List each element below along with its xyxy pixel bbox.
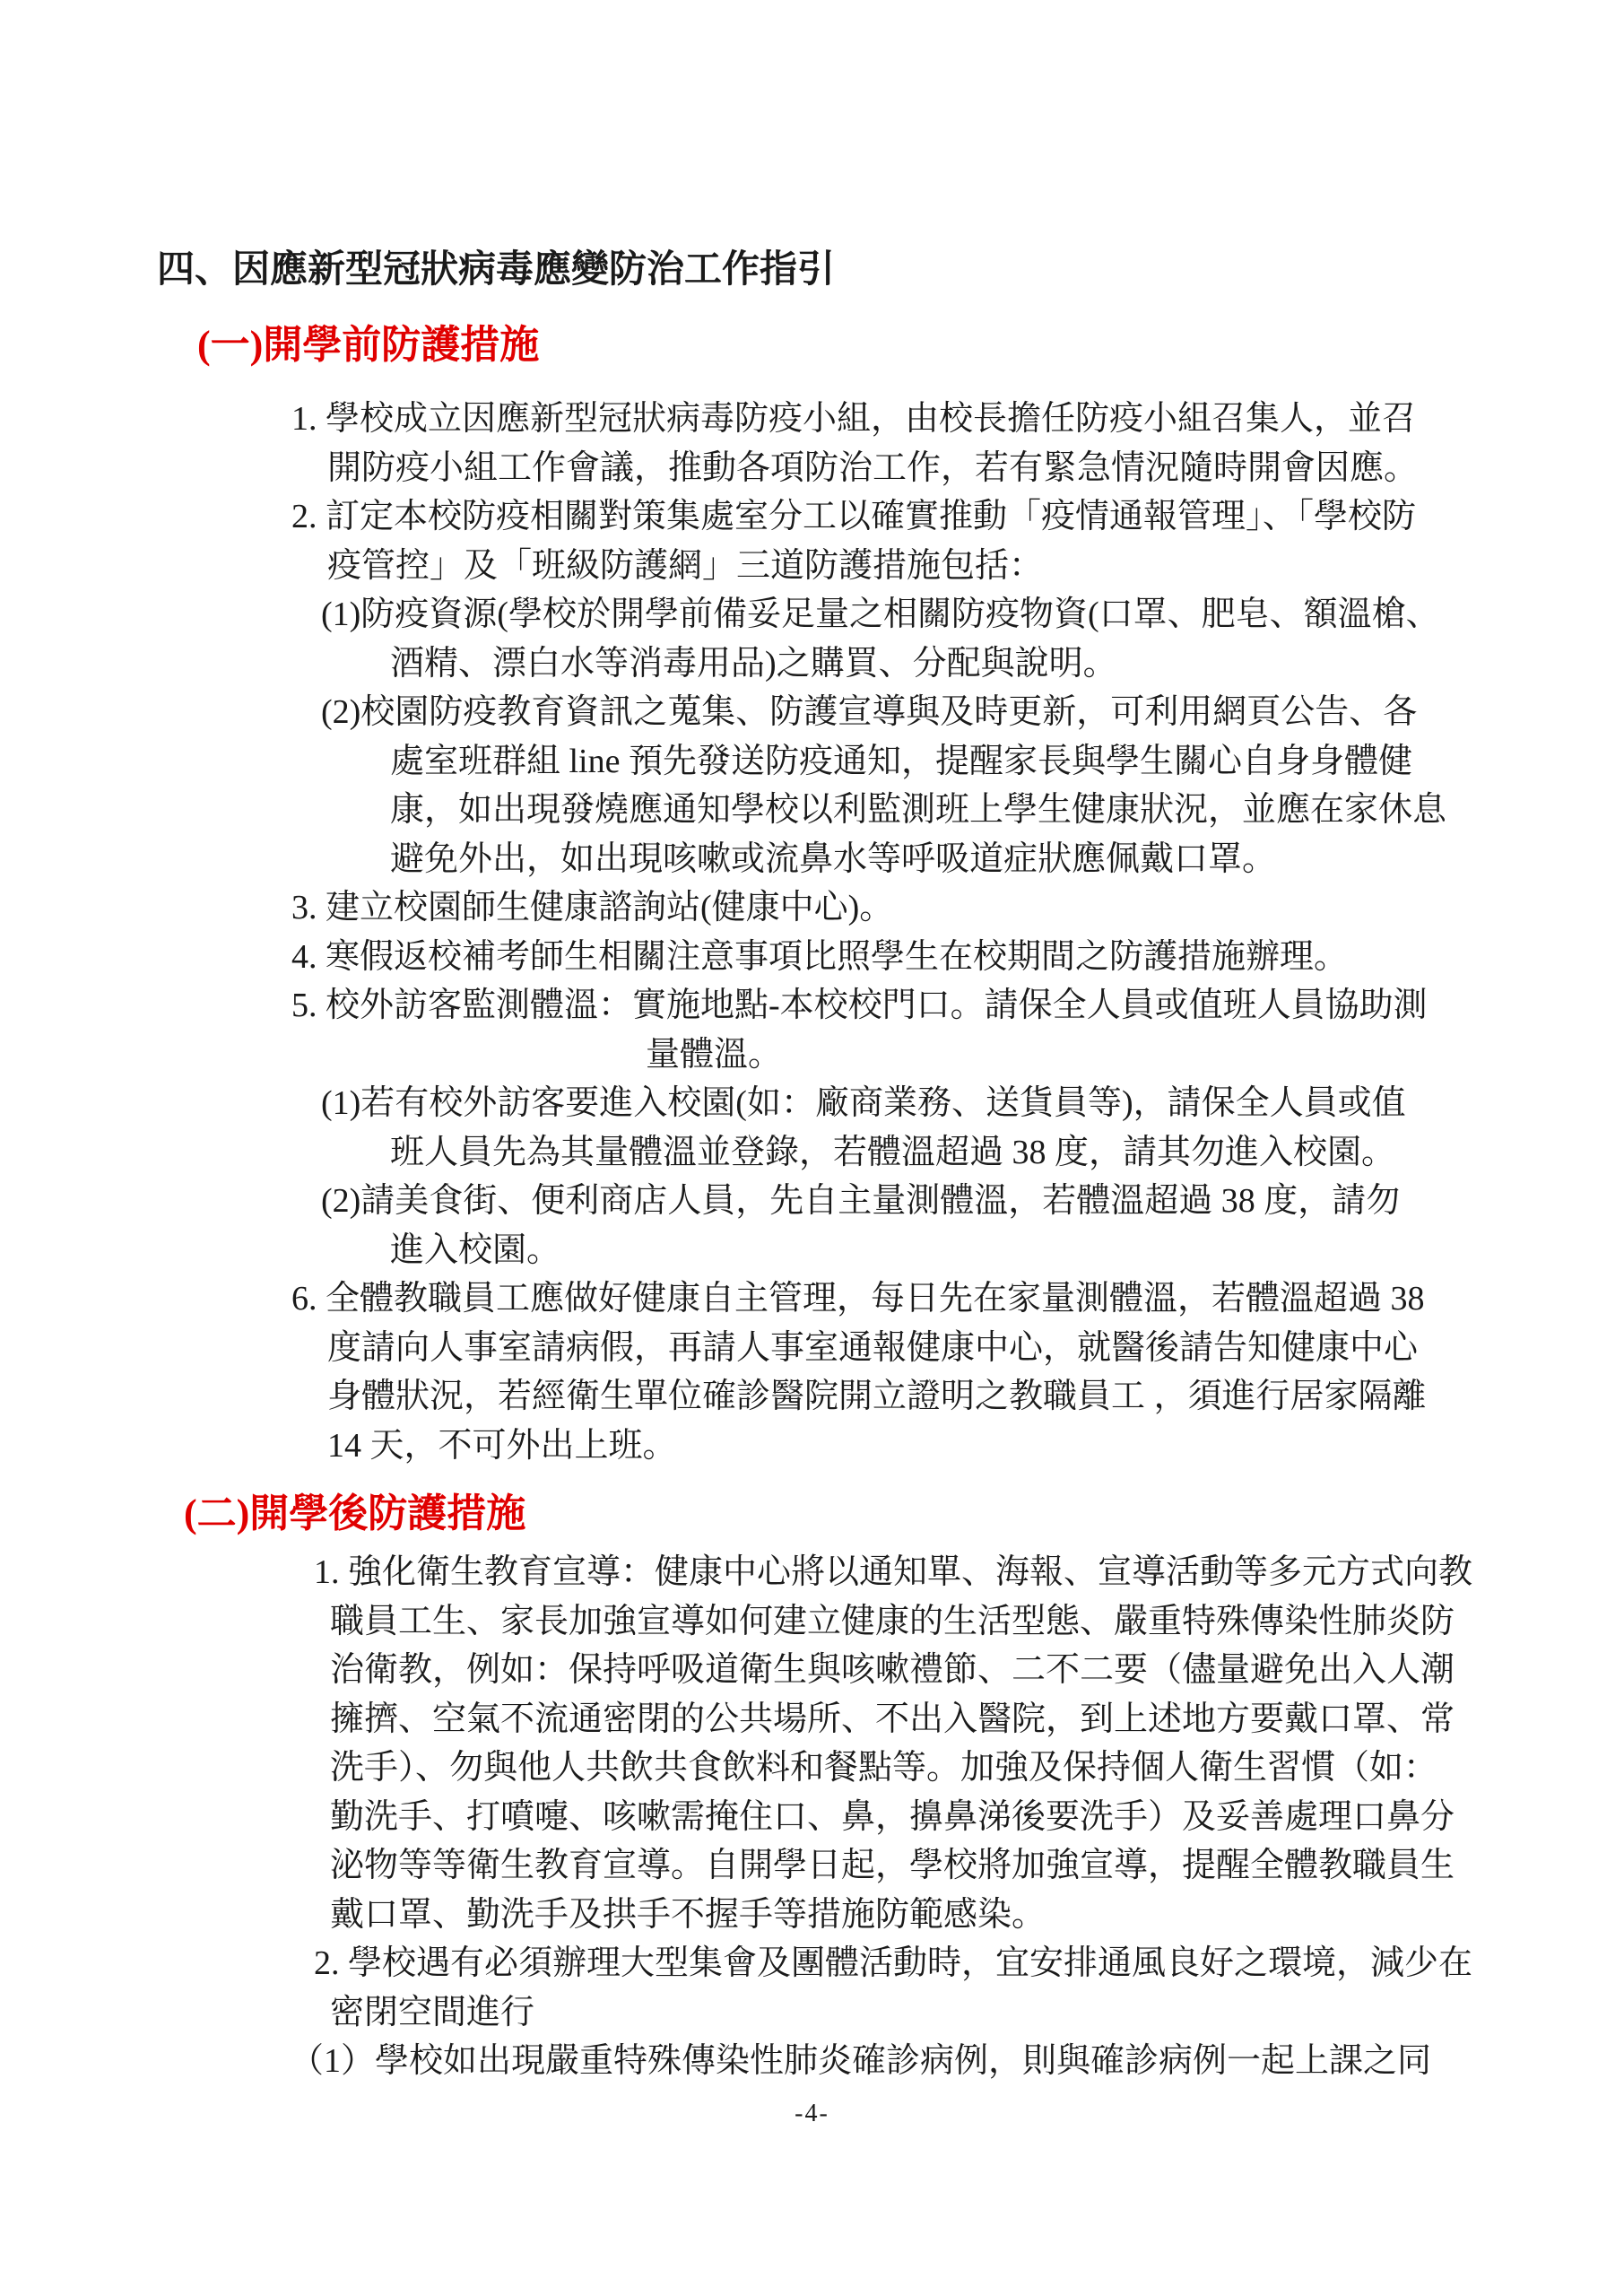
body-line: 避免外出，如出現咳嗽或流鼻水等呼吸道症狀應佩戴口罩。 [390, 835, 1624, 884]
body-line: 疫管控」及「班級防護網」三道防護措施包括： [327, 542, 1624, 591]
body-line: (1)若有校外訪客要進入校園(如：廠商業務、送貨員等)，請保全人員或值 [321, 1079, 1624, 1128]
body-line: 2. 學校遇有必須辦理大型集會及團體活動時，宜安排通風良好之環境，減少在 [314, 1939, 1624, 1988]
section-heading: (二)開學後防護措施 [184, 1489, 1624, 1538]
body-line: 5. 校外訪客監測體溫：實施地點-本校校門口。請保全人員或值班人員協助測 [291, 981, 1624, 1031]
document-page: 四、因應新型冠狀病毒應變防治工作指引(一)開學前防護措施1. 學校成立因應新型冠… [0, 0, 1624, 2296]
body-line: 泌物等等衛生教育宣導。自開學日起，學校將加強宣導，提醒全體教職員生 [330, 1841, 1624, 1891]
doc-title: 四、因應新型冠狀病毒應變防治工作指引 [157, 246, 1624, 295]
body-line: 1. 學校成立因應新型冠狀病毒防疫小組，由校長擔任防疫小組召集人，並召 [291, 395, 1624, 444]
body-line: 開防疫小組工作會議，推動各項防治工作，若有緊急情況隨時開會因應。 [327, 444, 1624, 493]
body-line: 量體溫。 [646, 1031, 1624, 1080]
body-line: 勤洗手、打噴嚏、咳嗽需掩住口、鼻，擤鼻涕後要洗手）及妥善處理口鼻分 [330, 1793, 1624, 1842]
body-line: 1. 強化衛生教育宣導：健康中心將以通知單、海報、宣導活動等多元方式向教 [314, 1548, 1624, 1597]
body-line: 4. 寒假返校補考師生相關注意事項比照學生在校期間之防護措施辦理。 [291, 933, 1624, 982]
body-line: 治衛教，例如：保持呼吸道衛生與咳嗽禮節、二不二要（儘量避免出入人潮 [330, 1646, 1624, 1695]
body-line: 度請向人事室請病假，再請人事室通報健康中心，就醫後請告知健康中心 [327, 1324, 1624, 1373]
body-line: 擁擠、空氣不流通密閉的公共場所、不出入醫院，到上述地方要戴口罩、常 [330, 1695, 1624, 1744]
body-line: 6. 全體教職員工應做好健康自主管理，每日先在家量測體溫，若體溫超過 38 [291, 1274, 1624, 1324]
body-line: 班人員先為其量體溫並登錄，若體溫超過 38 度，請其勿進入校園。 [390, 1128, 1624, 1178]
body-line: 職員工生、家長加強宣導如何建立健康的生活型態、嚴重特殊傳染性肺炎防 [330, 1597, 1624, 1647]
body-line: 洗手）、勿與他人共飲共食飲料和餐點等。加強及保持個人衛生習慣（如： [330, 1744, 1624, 1793]
body-line: (2)校園防疫教育資訊之蒐集、防護宣導與及時更新，可利用網頁公告、各 [321, 688, 1624, 737]
page-number: -4- [0, 2089, 1624, 2138]
body-line: 2. 訂定本校防疫相關對策集處室分工以確實推動「疫情通報管理」、「學校防 [291, 492, 1624, 542]
body-line: 處室班群組 line 預先發送防疫通知，提醒家長與學生關心自身身體健 [390, 737, 1624, 787]
body-line: (2)請美食街、便利商店人員，先自主量測體溫，若體溫超過 38 度，請勿 [321, 1177, 1624, 1226]
body-line: 密閉空間進行 [330, 1988, 1624, 2038]
body-line: 康，如出現發燒應通知學校以利監測班上學生健康狀況，並應在家休息 [390, 786, 1624, 835]
body-line: (1)防疫資源(學校於開學前備妥足量之相關防疫物資(口罩、肥皂、額溫槍、 [321, 590, 1624, 639]
body-line: 進入校園。 [390, 1226, 1624, 1275]
body-line: 3. 建立校園師生健康諮詢站(健康中心)。 [291, 883, 1624, 933]
section-heading: (一)開學前防護措施 [197, 320, 1624, 370]
body-line: 身體狀況，若經衛生單位確診醫院開立證明之教職員工 ，須進行居家隔離 [327, 1372, 1624, 1422]
body-line: 14 天，不可外出上班。 [327, 1422, 1624, 1471]
body-line: 酒精、漂白水等消毒用品)之購買、分配與說明。 [390, 639, 1624, 689]
body-line: 戴口罩、勤洗手及拱手不握手等措施防範感染。 [330, 1891, 1624, 1940]
body-line: （1）學校如出現嚴重特殊傳染性肺炎確診病例，則與確診病例一起上課之同 [290, 2037, 1624, 2086]
